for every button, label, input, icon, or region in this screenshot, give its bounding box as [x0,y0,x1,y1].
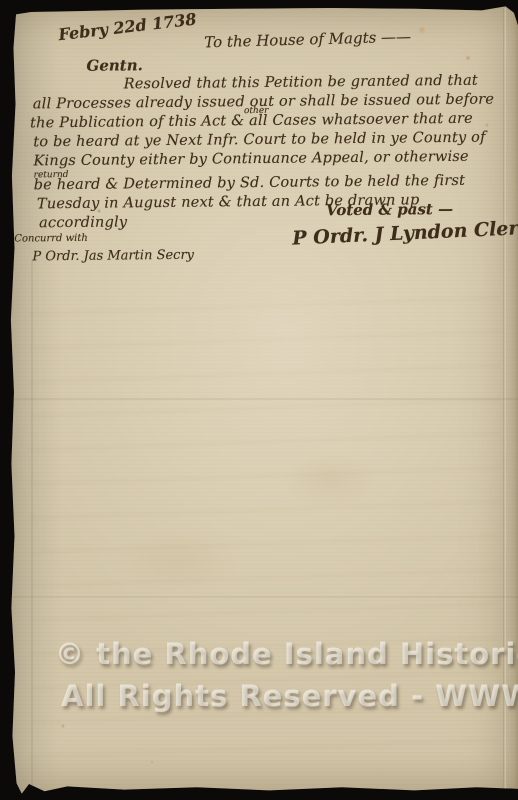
handwriting-layer: Febry 22d 1738 To the House of Magts —— … [0,0,518,800]
manuscript-page: Febry 22d 1738 To the House of Magts —— … [0,0,518,800]
interlinear-insert-other: other [244,106,269,116]
clerk-signature: P Ordr. J Lyndon Cler [292,217,518,249]
address-line: To the House of Magts —— [204,28,411,52]
body-line: accordingly [39,214,127,231]
secretary-signature: P Ordr. Jas Martin Secry [32,248,194,265]
body-line: be heard & Determined by Sd. Courts to b… [34,173,466,194]
salutation: Gentn. [86,56,143,75]
voted-and-past-note: Voted & past — [326,200,453,219]
body-line: to be heard at ye Next Infr. Court to be… [33,130,486,151]
body-line: Resolved that this Petition be granted a… [124,73,478,93]
concurrence-note: Concurrd with [14,233,88,245]
scanned-document-viewport: Febry 22d 1738 To the House of Magts —— … [0,0,518,800]
body-line: Kings County either by Continuance Appea… [33,149,468,170]
date-annotation: Febry 22d 1738 [57,9,197,44]
